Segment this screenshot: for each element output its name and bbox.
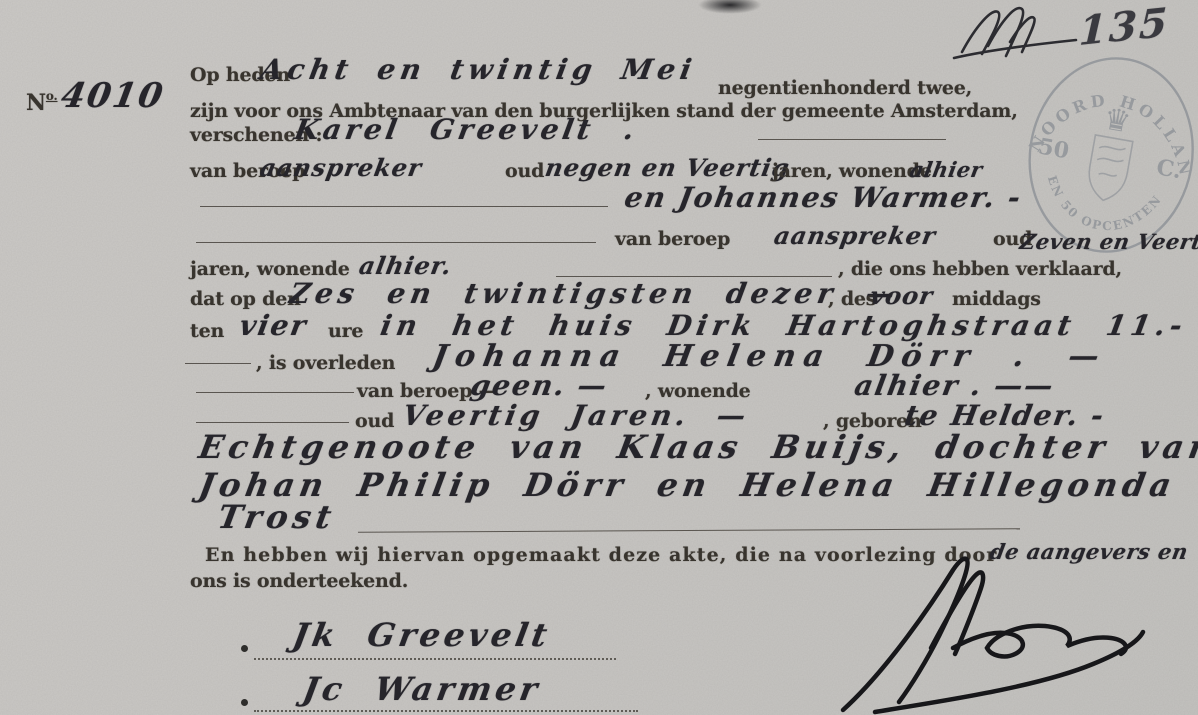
act-line-11: van beroep — geen. — , wonende alhier . … [0, 370, 1198, 402]
act-line-3: verschenen : Karel Greevelt . [0, 112, 1198, 146]
act-line-13: Echtgenoote van Klaas Buijs, dochter van [0, 426, 1198, 466]
witness-signature-1-text: Jk Greevelt [290, 616, 554, 654]
act-line-6: van beroep aanspreker oud Zeven en Veert… [0, 216, 1198, 250]
handwritten-spouse: Echtgenoote van Klaas Buijs, dochter van [196, 428, 1198, 466]
act-line-1: Op heden Acht en twintig Mei negentienho… [0, 52, 1198, 86]
handwritten-death-date: Zes en twintigsten dezer — [287, 277, 902, 310]
act-line-4: van beroep aanspreker oud negen en Veert… [0, 148, 1198, 182]
printed-text: ure [328, 320, 363, 342]
printed-text: ten [190, 320, 224, 342]
printed-text: van beroep [615, 228, 730, 250]
handwritten-age: negen en Veertig [543, 153, 792, 182]
handwritten-occupation: aanspreker [258, 153, 424, 182]
handwritten-residence: alhier. [357, 251, 454, 280]
act-line-8: dat op den Zes en twintigsten dezer — , … [0, 278, 1198, 310]
ruled-line [196, 392, 354, 393]
ruled-line [196, 422, 349, 423]
handwritten-residence: alhier [908, 157, 985, 182]
signature-dotted-line [254, 710, 638, 712]
printed-text: middags [952, 288, 1041, 310]
signature-dotted-line [254, 658, 616, 660]
ink-smudge [698, 0, 762, 14]
ruled-line [758, 139, 946, 140]
printed-text: oud [505, 160, 544, 182]
printed-text: dat op den [190, 288, 301, 310]
handwritten-declarant-2-name: en Johannes Warmer. - [622, 181, 1025, 214]
handwritten-hour: vier [237, 309, 310, 342]
witness-signature-2-text: Jc Warmer [300, 670, 544, 708]
handwritten-residence: alhier . —— [852, 369, 1057, 402]
ruled-line [185, 363, 251, 364]
registrar-signature-flourish [835, 552, 1155, 715]
ruled-line [556, 276, 832, 277]
handwritten-occupation: aanspreker [772, 221, 938, 250]
handwritten-death-address: in het huis Dirk Hartoghstraat 11.- [378, 309, 1190, 342]
act-line-9: ten vier ure in het huis Dirk Hartoghstr… [0, 308, 1198, 342]
act-line-5: en Johannes Warmer. - [0, 180, 1198, 214]
ruled-line [200, 206, 608, 207]
handwritten-text: voor [868, 281, 936, 310]
handwritten-declarant-1-name: Karel Greevelt . [292, 113, 641, 146]
handwritten-date: Acht en twintig Mei [258, 53, 699, 86]
handwritten-mother-surname: Trost [215, 498, 339, 536]
folio-number: 135 [1078, 0, 1170, 55]
printed-text: ons is onderteekend. [190, 570, 408, 592]
handwritten-occupation: geen. — [468, 369, 611, 402]
death-certificate-page: NOORD HOLLAND EN 50 OPCENTEN 50 C. ♛ 135… [0, 0, 1198, 715]
ruled-line [196, 242, 596, 243]
